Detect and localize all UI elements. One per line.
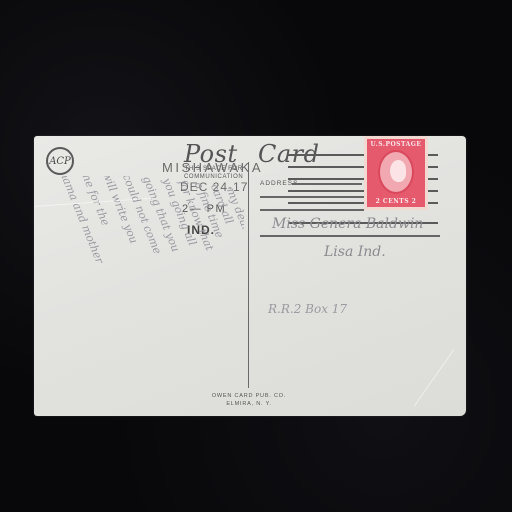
postage-stamp: U.S.POSTAGE 2 CENTS 2: [364, 136, 428, 210]
postmark-town: MISHAWAKA: [162, 160, 263, 175]
address-line: [292, 183, 362, 185]
message-line: my dear Grace: [224, 186, 244, 267]
publisher-imprint: OWEN CARD PUB. CO. ELMIRA, N. Y.: [184, 392, 314, 408]
washington-portrait-icon: [378, 150, 414, 194]
publisher-name: OWEN CARD PUB. CO.: [184, 392, 314, 400]
recipient-route: R.R.2 Box 17: [268, 302, 347, 316]
center-divider: [248, 162, 249, 388]
stamp-bottom-text: 2 CENTS 2: [367, 198, 425, 205]
publisher-location: ELMIRA, N. Y.: [184, 400, 314, 408]
handwritten-message: my dear Grace card all a fine time for k…: [44, 176, 244, 406]
address-line: [260, 196, 364, 198]
publisher-logo-icon: ACP: [46, 147, 74, 175]
card-crease: [414, 349, 455, 407]
address-line: [260, 209, 364, 211]
stamp-top-text: U.S.POSTAGE: [367, 141, 425, 148]
stamp-face: U.S.POSTAGE 2 CENTS 2: [367, 139, 425, 207]
address-line: [260, 235, 440, 237]
portrait-head: [390, 160, 406, 182]
recipient-name: Miss Genera Baldwin: [272, 216, 423, 232]
postcard: ACP Post Card THIS SPACE FOR COMMUNICATI…: [34, 136, 466, 416]
recipient-city: Lisa Ind.: [324, 244, 386, 260]
